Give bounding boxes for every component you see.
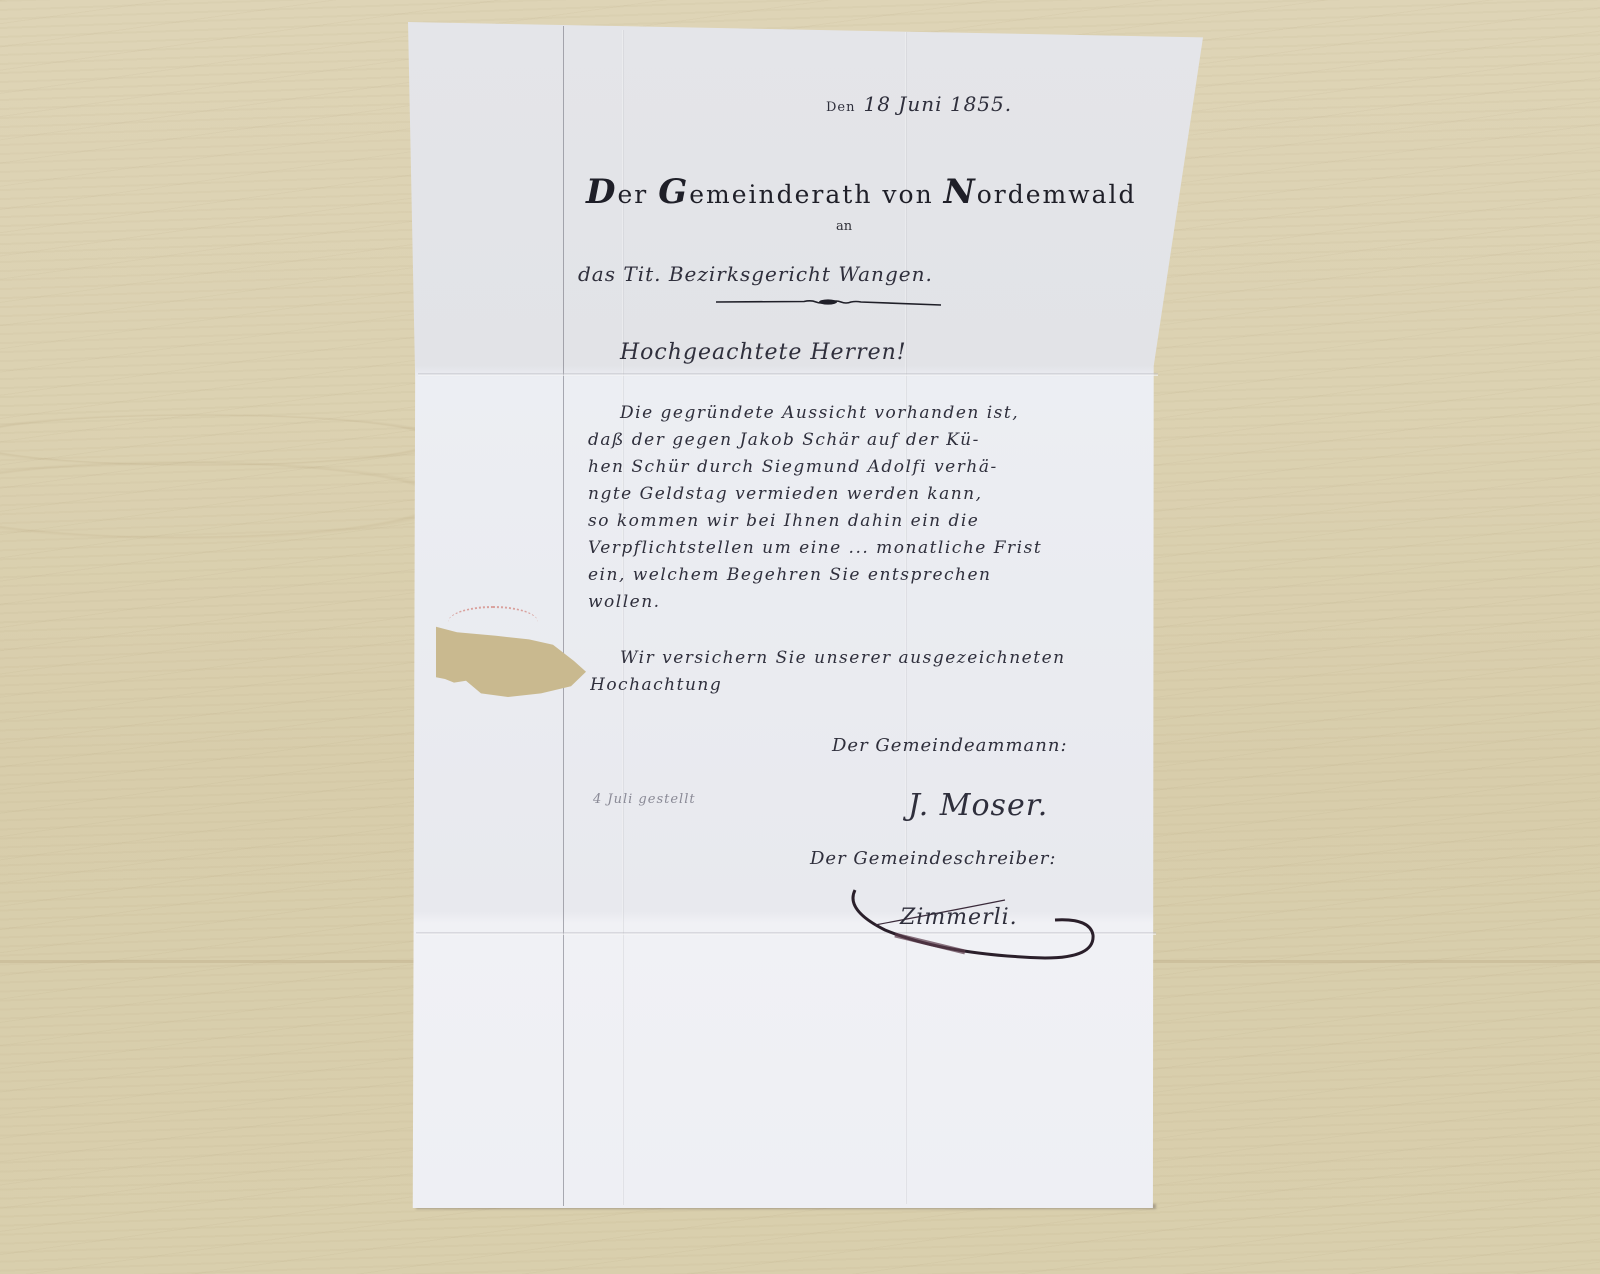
letter-closing: Wir versichern Sie unserer ausgezeichnet… — [590, 645, 1150, 699]
signature-clerk: Zimmerli. — [900, 905, 1018, 930]
signature-mayor: J. Moser. — [908, 788, 1048, 823]
body-line: ein, welchem Begehren Sie entsprechen — [588, 562, 1148, 589]
heading-word: ordemwald — [977, 180, 1137, 209]
letter-date: Den18 Juni 1855. — [826, 92, 1012, 116]
body-line: hen Schür durch Siegmund Adolfi verhä- — [588, 454, 1148, 481]
heading-connector: an — [836, 219, 852, 234]
heading-initial-d: D — [586, 172, 617, 212]
closing-line: Hochachtung — [590, 672, 1150, 699]
body-line: wollen. — [588, 589, 1148, 616]
body-line: Die gegründete Aussicht vorhanden ist, — [588, 400, 1148, 427]
body-line: so kommen wir bei Ihnen dahin ein die — [588, 508, 1148, 535]
date-value: 18 Juni 1855. — [864, 92, 1013, 116]
heading-word: von — [882, 180, 933, 209]
recipient-line: das Tit. Bezirksgericht Wangen. — [578, 262, 933, 286]
signatory-title-clerk: Der Gemeindeschreiber: — [810, 848, 1056, 869]
heading-word: emeinderath — [689, 180, 872, 209]
date-prefix: Den — [826, 100, 856, 115]
body-line: ngte Geldstag vermieden werden kann, — [588, 481, 1148, 508]
heading-initial-n: N — [944, 172, 977, 212]
heading-initial-g: G — [658, 172, 689, 212]
pencil-margin-note: 4 Juli gestellt — [593, 792, 696, 807]
body-line: Verpflichtstellen um eine ... monatliche… — [588, 535, 1148, 562]
letterhead-title: Der Gemeinderath von Nordemwald — [586, 172, 1137, 212]
closing-line: Wir versichern Sie unserer ausgezeichnet… — [590, 645, 1150, 672]
body-line: daß der gegen Jakob Schär auf der Kü- — [588, 427, 1148, 454]
wood-grain-pattern — [0, 380, 420, 580]
heading-word: er — [617, 180, 648, 209]
letter-body: Die gegründete Aussicht vorhanden ist, d… — [588, 400, 1148, 616]
signatory-title-mayor: Der Gemeindeammann: — [832, 735, 1068, 756]
ornamental-divider-icon — [716, 298, 941, 308]
salutation: Hochgeachtete Herren! — [620, 340, 907, 365]
